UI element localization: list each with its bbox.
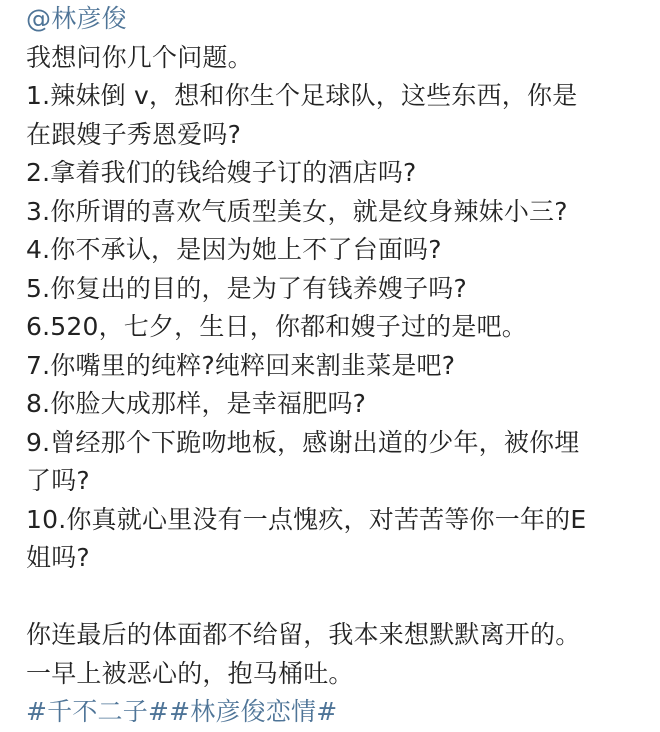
- hashtag-link[interactable]: #千不二子#: [26, 697, 169, 726]
- question-line: 10.你真就心里没有一点愧疚，对苦苦等你一年的E: [26, 501, 646, 540]
- question-line: 7.你嘴里的纯粹?纯粹回来割韭菜是吧?: [26, 347, 646, 386]
- hashtag-link[interactable]: #林彦俊恋情#: [169, 697, 337, 726]
- question-line: 4.你不承认，是因为她上不了台面吗?: [26, 231, 646, 270]
- weibo-post-body: @林彦俊 我想问你几个问题。 1.辣妹倒 v，想和你生个足球队，这些东西，你是 …: [26, 0, 646, 732]
- question-line: 9.曾经那个下跪吻地板，感谢出道的少年，被你埋: [26, 424, 646, 463]
- question-line: 了吗?: [26, 462, 646, 501]
- question-line: 6.520，七夕，生日，你都和嫂子过的是吧。: [26, 308, 646, 347]
- question-line: 姐吗?: [26, 539, 646, 578]
- user-mention-link[interactable]: @林彦俊: [26, 4, 127, 33]
- question-line: 5.你复出的目的，是为了有钱养嫂子吗?: [26, 270, 646, 309]
- question-line: 1.辣妹倒 v，想和你生个足球队，这些东西，你是: [26, 77, 646, 116]
- hashtag-line: #千不二子##林彦俊恋情#: [26, 693, 646, 732]
- question-line: 8.你脸大成那样，是幸福肥吗?: [26, 385, 646, 424]
- question-line: 3.你所谓的喜欢气质型美女，就是纹身辣妹小三?: [26, 193, 646, 232]
- intro-text: 我想问你几个问题。: [26, 39, 646, 78]
- paragraph-spacer: [26, 578, 646, 617]
- closing-line: 一早上被恶心的，抱马桶吐。: [26, 655, 646, 694]
- closing-line: 你连最后的体面都不给留，我本来想默默离开的。: [26, 616, 646, 655]
- question-line: 2.拿着我们的钱给嫂子订的酒店吗?: [26, 154, 646, 193]
- question-line: 在跟嫂子秀恩爱吗?: [26, 116, 646, 155]
- mention-line: @林彦俊: [26, 0, 646, 39]
